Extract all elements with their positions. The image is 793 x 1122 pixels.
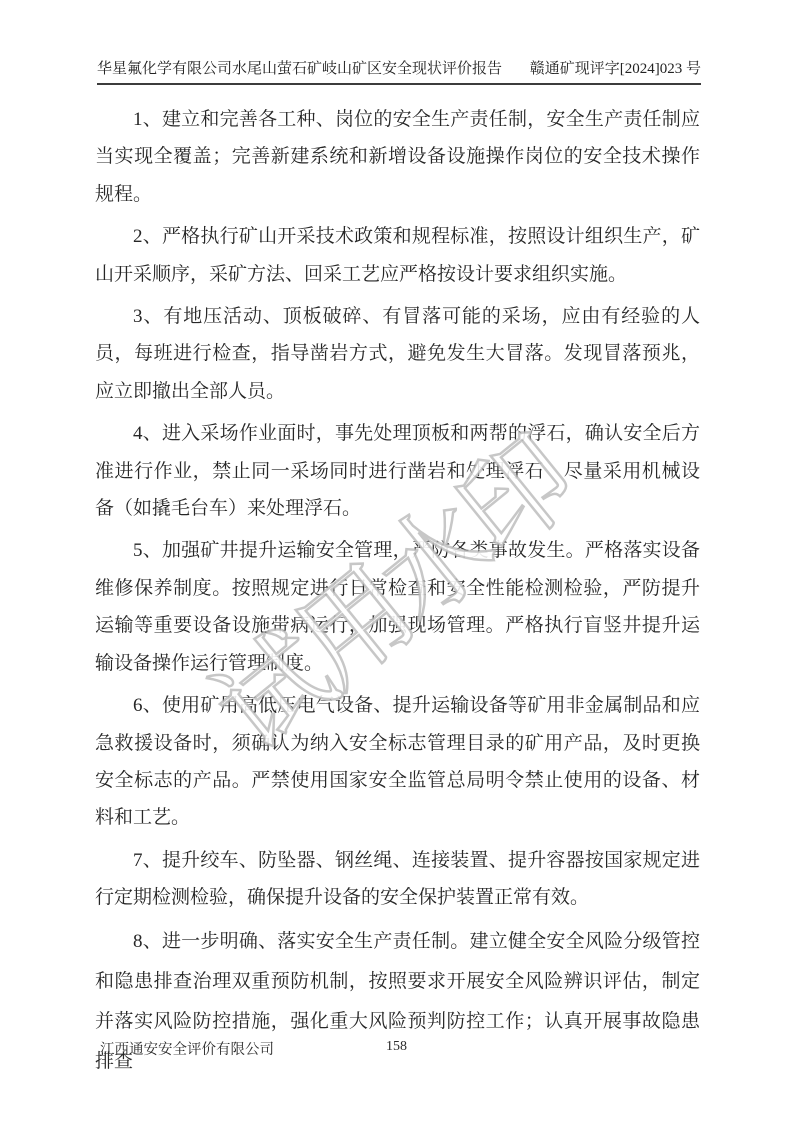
page-header: 华星氟化学有限公司水尾山萤石矿岐山矿区安全现状评价报告 赣通矿现评字[2024]… [97,50,701,85]
body-paragraph-3: 3、有地压活动、顶板破碎、有冒落可能的采场，应由有经验的人员，每班进行检查，指导… [95,298,700,410]
header-doc-number: 赣通矿现评字[2024]023 号 [530,57,701,78]
footer-page-number: 158 [0,1039,793,1055]
document-body: 1、建立和完善各工种、岗位的安全生产责任制，安全生产责任制应当实现全覆盖；完善新… [95,101,700,1087]
header-report-title: 华星氟化学有限公司水尾山萤石矿岐山矿区安全现状评价报告 [97,57,502,78]
page-number-text: 158 [386,1039,407,1054]
body-paragraph-5: 5、加强矿井提升运输安全管理，严防各类事故发生。严格落实设备维修保养制度。按照规… [95,532,700,682]
body-paragraph-4: 4、进入采场作业面时，事先处理顶板和两帮的浮石，确认安全后方准进行作业，禁止同一… [95,415,700,527]
body-paragraph-6: 6、使用矿用高低压电气设备、提升运输设备等矿用非金属制品和应急救援设备时，须确认… [95,687,700,837]
body-paragraph-7: 7、提升绞车、防坠器、钢丝绳、连接装置、提升容器按国家规定进行定期检测检验，确保… [95,842,700,917]
document-page: 华星氟化学有限公司水尾山萤石矿岐山矿区安全现状评价报告 赣通矿现评字[2024]… [0,0,793,1122]
body-paragraph-1: 1、建立和完善各工种、岗位的安全生产责任制，安全生产责任制应当实现全覆盖；完善新… [95,101,700,213]
body-paragraph-2: 2、严格执行矿山开采技术政策和规程标准，按照设计组织生产，矿山开采顺序，采矿方法… [95,218,700,293]
